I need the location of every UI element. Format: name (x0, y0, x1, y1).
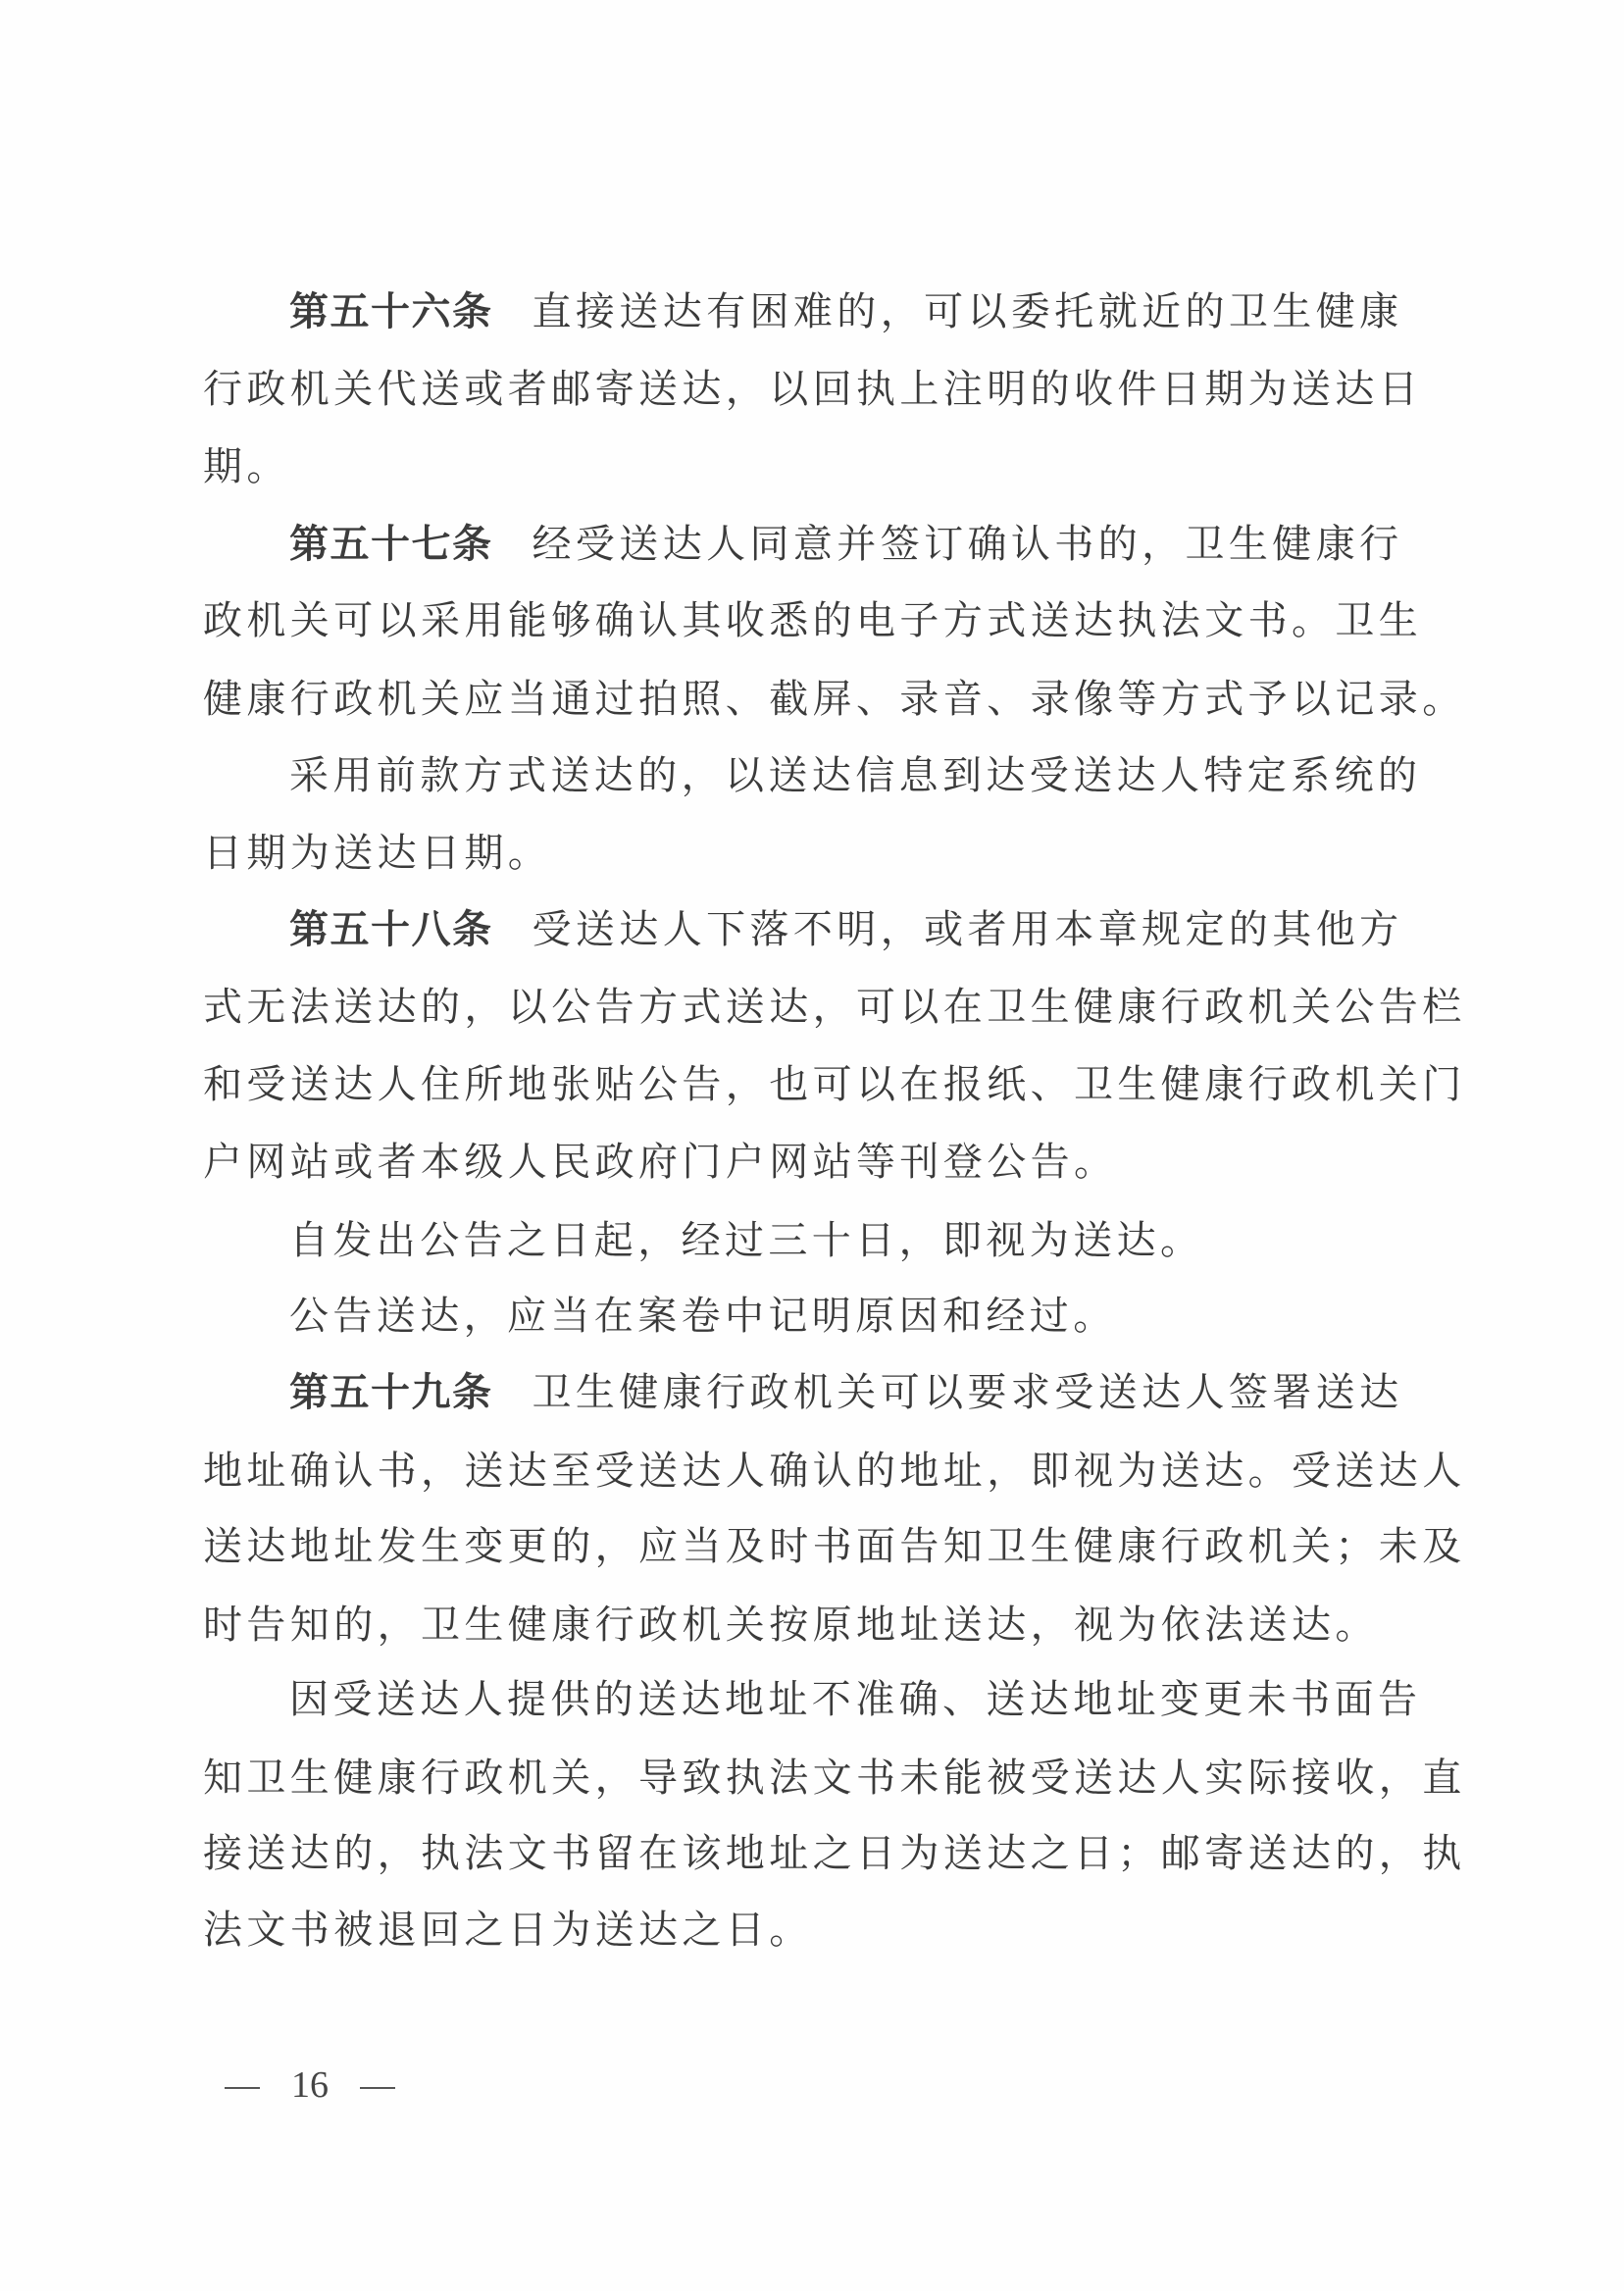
article-57-first-line: 第五十七条经受送达人同意并签订确认书的，卫生健康行 (289, 520, 1403, 569)
article-text-line: 期。 (203, 442, 290, 491)
article-text-line: 政机关可以采用能够确认其收悉的电子方式送达执法文书。卫生 (203, 596, 1422, 645)
paragraph-first-line: 自发出公告之日起，经过三十日，即视为送达。 (289, 1216, 1203, 1265)
article-text-line: 行政机关代送或者邮寄送达，以回执上注明的收件日期为送达日 (203, 365, 1422, 414)
dash-left (225, 2087, 260, 2089)
article-text-line: 接送达的，执法文书留在该地址之日为送达之日；邮寄送达的，执 (203, 1829, 1466, 1878)
paragraph-first-line: 因受送达人提供的送达地址不准确、送达地址变更未书面告 (289, 1675, 1421, 1724)
article-text: 直接送达有困难的，可以委托就近的卫生健康 (533, 289, 1403, 334)
page-number: 16 (225, 2063, 395, 2107)
article-text-line: 式无法送达的，以公告方式送达，可以在卫生健康行政机关公告栏 (203, 983, 1466, 1032)
article-text-line: 健康行政机关应当通过拍照、截屏、录音、录像等方式予以记录。 (203, 675, 1466, 724)
article-text-line: 送达地址发生变更的，应当及时书面告知卫生健康行政机关；未及 (203, 1522, 1466, 1571)
article-text-line: 日期为送达日期。 (203, 829, 551, 878)
article-text: 受送达人下落不明，或者用本章规定的其他方 (533, 907, 1403, 952)
dash-right (360, 2087, 395, 2089)
article-text-line: 时告知的，卫生健康行政机关按原地址送达，视为依法送达。 (203, 1601, 1379, 1650)
paragraph-first-line: 采用前款方式送达的，以送达信息到达受送达人特定系统的 (289, 751, 1421, 800)
article-text-line: 法文书被退回之日为送达之日。 (203, 1906, 813, 1955)
paragraph-first-line: 公告送达，应当在案卷中记明原因和经过。 (289, 1292, 1117, 1341)
article-heading: 第五十六条 (289, 289, 493, 334)
article-heading: 第五十七条 (289, 522, 493, 567)
article-heading: 第五十八条 (289, 907, 493, 952)
article-text: 经受送达人同意并签订确认书的，卫生健康行 (533, 522, 1403, 567)
article-text: 卫生健康行政机关可以要求受送达人签署送达 (533, 1370, 1403, 1415)
article-text-line: 和受送达人住所地张贴公告，也可以在报纸、卫生健康行政机关门 (203, 1060, 1466, 1109)
page-number-value: 16 (291, 2063, 329, 2107)
article-text-line: 知卫生健康行政机关，导致执法文书未能被受送达人实际接收，直 (203, 1754, 1466, 1803)
article-56-first-line: 第五十六条直接送达有困难的，可以委托就近的卫生健康 (289, 287, 1403, 336)
article-heading: 第五十九条 (289, 1370, 493, 1415)
article-58-first-line: 第五十八条受送达人下落不明，或者用本章规定的其他方 (289, 905, 1403, 954)
article-text-line: 户网站或者本级人民政府门户网站等刊登公告。 (203, 1138, 1117, 1187)
article-59-first-line: 第五十九条卫生健康行政机关可以要求受送达人签署送达 (289, 1368, 1403, 1417)
article-text-line: 地址确认书，送达至受送达人确认的地址，即视为送达。受送达人 (203, 1447, 1466, 1496)
document-page: 第五十六条直接送达有困难的，可以委托就近的卫生健康 行政机关代送或者邮寄送达，以… (0, 0, 1624, 2291)
